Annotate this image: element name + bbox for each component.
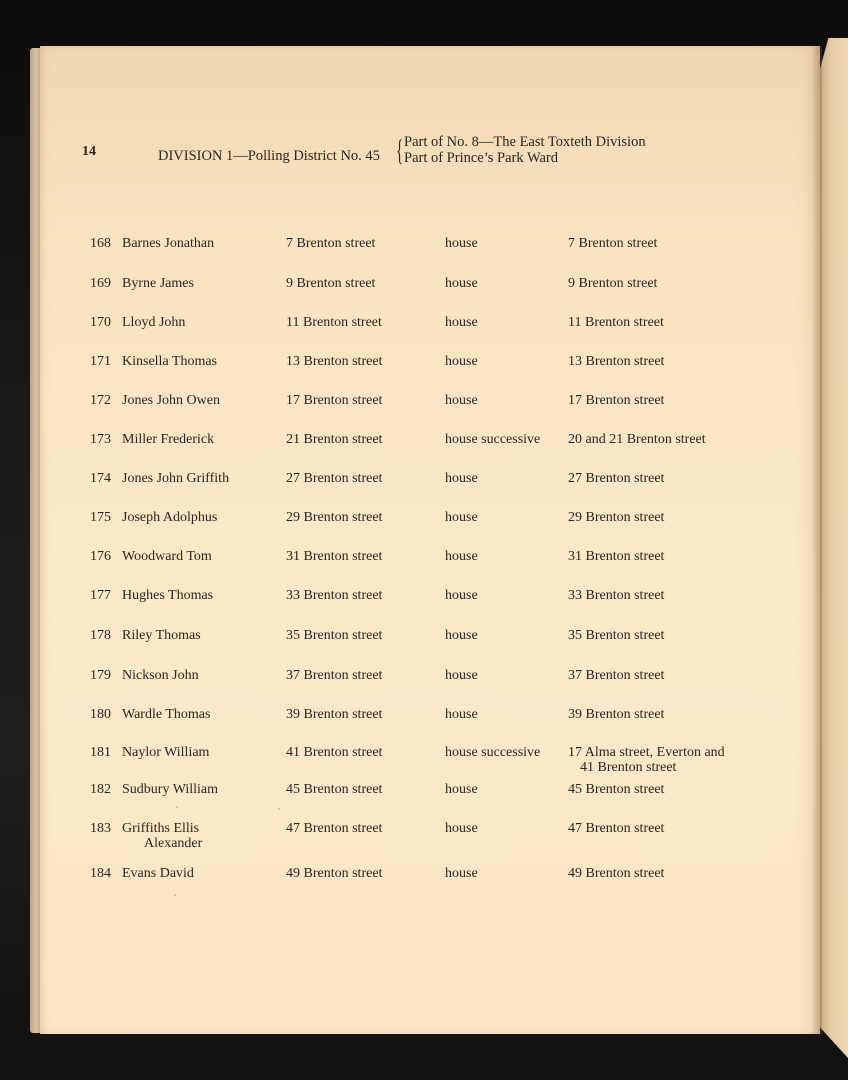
register-entry: 173 Miller Frederick 21 Brenton street h…: [40, 432, 820, 468]
abode: 11 Brenton street: [286, 315, 382, 330]
abode: 47 Brenton street: [286, 821, 382, 836]
qualifying-property: 11 Brenton street: [568, 315, 664, 330]
qualification-nature: house: [445, 393, 478, 408]
qualification-nature: house: [445, 236, 478, 251]
qualification-nature: house: [445, 315, 478, 330]
voter-name: Jones John Griffith: [122, 471, 229, 486]
register-entry: 169 Byrne James 9 Brenton street house 9…: [40, 276, 820, 312]
entry-number: 175: [90, 510, 111, 525]
abode: 45 Brenton street: [286, 782, 382, 797]
voter-name: Miller Frederick: [122, 432, 214, 447]
register-entry: 180 Wardle Thomas 39 Brenton street hous…: [40, 707, 820, 743]
entry-number: 183: [90, 821, 111, 836]
brace-icon: {: [396, 136, 403, 166]
entry-number: 171: [90, 354, 111, 369]
paper-speck: [278, 808, 280, 810]
qualification-nature: house: [445, 821, 478, 836]
abode: 35 Brenton street: [286, 628, 382, 643]
qualification-nature: house: [445, 354, 478, 369]
document-page: 14 DIVISION 1—Polling District No. 45 { …: [40, 46, 820, 1034]
qualifying-property: 49 Brenton street: [568, 866, 664, 881]
abode: 33 Brenton street: [286, 588, 382, 603]
voter-name: Jones John Owen: [122, 393, 220, 408]
qualification-nature: house: [445, 276, 478, 291]
register-entry: 172 Jones John Owen 17 Brenton street ho…: [40, 393, 820, 429]
abode: 9 Brenton street: [286, 276, 375, 291]
register-entry: 175 Joseph Adolphus 29 Brenton street ho…: [40, 510, 820, 546]
qualifying-property: 35 Brenton street: [568, 628, 664, 643]
abode: 41 Brenton street: [286, 745, 382, 760]
voter-name: Wardle Thomas: [122, 707, 210, 722]
district-line-2: Part of Prince’s Park Ward: [404, 150, 646, 166]
register-entry: 182 Sudbury William 45 Brenton street ho…: [40, 782, 820, 818]
voter-name: Lloyd John: [122, 315, 185, 330]
abode: 49 Brenton street: [286, 866, 382, 881]
register-entry: 171 Kinsella Thomas 13 Brenton street ho…: [40, 354, 820, 390]
abode: 21 Brenton street: [286, 432, 382, 447]
entry-number: 184: [90, 866, 111, 881]
qualification-nature: house: [445, 549, 478, 564]
entry-number: 178: [90, 628, 111, 643]
entry-number: 180: [90, 707, 111, 722]
qualifying-property: 47 Brenton street: [568, 821, 664, 836]
qualifying-property: 9 Brenton street: [568, 276, 657, 291]
voter-name: Naylor William: [122, 745, 209, 760]
paper-speck: [174, 894, 176, 896]
voter-name: Nickson John: [122, 668, 199, 683]
abode: 39 Brenton street: [286, 707, 382, 722]
qualifying-property: 31 Brenton street: [568, 549, 664, 564]
qualification-nature: house: [445, 866, 478, 881]
register-entry: 177 Hughes Thomas 33 Brenton street hous…: [40, 588, 820, 624]
voter-name: Joseph Adolphus: [122, 510, 217, 525]
voter-name: Riley Thomas: [122, 628, 201, 643]
voter-name: Kinsella Thomas: [122, 354, 217, 369]
register-entry: 184 Evans David 49 Brenton street house …: [40, 866, 820, 902]
qualifying-property-line-2: 41 Brenton street: [568, 760, 725, 775]
register-entry: 176 Woodward Tom 31 Brenton street house…: [40, 549, 820, 585]
qualification-nature: house: [445, 707, 478, 722]
qualifying-property: 7 Brenton street: [568, 236, 657, 251]
qualification-nature: house: [445, 588, 478, 603]
qualifying-property-line-1: 17 Alma street, Everton and: [568, 745, 725, 760]
voter-name: Hughes Thomas: [122, 588, 213, 603]
register-entry: 179 Nickson John 37 Brenton street house…: [40, 668, 820, 704]
register-entry: 181 Naylor William 41 Brenton street hou…: [40, 745, 820, 781]
facing-page-edge: [820, 38, 848, 1058]
entry-number: 173: [90, 432, 111, 447]
entry-number: 182: [90, 782, 111, 797]
voter-name: Griffiths Ellis Alexander: [122, 821, 202, 851]
entry-number: 181: [90, 745, 111, 760]
abode: 37 Brenton street: [286, 668, 382, 683]
entry-number: 168: [90, 236, 111, 251]
qualification-nature: house: [445, 628, 478, 643]
qualification-nature: house successive: [445, 745, 540, 760]
entry-number: 177: [90, 588, 111, 603]
abode: 29 Brenton street: [286, 510, 382, 525]
register-entry: 174 Jones John Griffith 27 Brenton stree…: [40, 471, 820, 507]
page-number: 14: [82, 144, 96, 160]
qualification-nature: house: [445, 510, 478, 525]
abode: 17 Brenton street: [286, 393, 382, 408]
gutter-shadow: [812, 46, 822, 1034]
qualifying-property: 27 Brenton street: [568, 471, 664, 486]
qualification-nature: house: [445, 668, 478, 683]
voter-name: Evans David: [122, 866, 194, 881]
qualifying-property: 20 and 21 Brenton street: [568, 432, 706, 447]
entry-number: 179: [90, 668, 111, 683]
voter-name: Byrne James: [122, 276, 194, 291]
entry-number: 169: [90, 276, 111, 291]
entry-number: 172: [90, 393, 111, 408]
qualifying-property: 17 Brenton street: [568, 393, 664, 408]
voter-name-line-1: Griffiths Ellis: [122, 821, 199, 836]
abode: 27 Brenton street: [286, 471, 382, 486]
entry-number: 174: [90, 471, 111, 486]
qualifying-property: 33 Brenton street: [568, 588, 664, 603]
qualifying-property: 45 Brenton street: [568, 782, 664, 797]
paper-speck: [176, 806, 178, 808]
abode: 7 Brenton street: [286, 236, 375, 251]
qualifying-property: 17 Alma street, Everton and 41 Brenton s…: [568, 745, 725, 775]
book-scan: 14 DIVISION 1—Polling District No. 45 { …: [0, 0, 848, 1080]
voter-name: Barnes Jonathan: [122, 236, 214, 251]
district-description: Part of No. 8—The East Toxteth Division …: [404, 134, 646, 166]
abode: 31 Brenton street: [286, 549, 382, 564]
qualifying-property: 29 Brenton street: [568, 510, 664, 525]
voter-name: Sudbury William: [122, 782, 218, 797]
entry-number: 170: [90, 315, 111, 330]
qualification-nature: house: [445, 471, 478, 486]
abode: 13 Brenton street: [286, 354, 382, 369]
voter-name: Woodward Tom: [122, 549, 212, 564]
qualification-nature: house successive: [445, 432, 540, 447]
qualifying-property: 37 Brenton street: [568, 668, 664, 683]
qualification-nature: house: [445, 782, 478, 797]
register-entry: 168 Barnes Jonathan 7 Brenton street hou…: [40, 236, 820, 272]
voter-name-line-2: Alexander: [122, 836, 202, 851]
qualifying-property: 39 Brenton street: [568, 707, 664, 722]
running-title: DIVISION 1—Polling District No. 45: [158, 148, 380, 165]
entry-number: 176: [90, 549, 111, 564]
register-entry: 178 Riley Thomas 35 Brenton street house…: [40, 628, 820, 664]
register-entry: 183 Griffiths Ellis Alexander 47 Brenton…: [40, 821, 820, 857]
register-entry: 170 Lloyd John 11 Brenton street house 1…: [40, 315, 820, 351]
page-header: 14 DIVISION 1—Polling District No. 45 { …: [40, 132, 820, 172]
district-line-1: Part of No. 8—The East Toxteth Division: [404, 134, 646, 150]
qualifying-property: 13 Brenton street: [568, 354, 664, 369]
